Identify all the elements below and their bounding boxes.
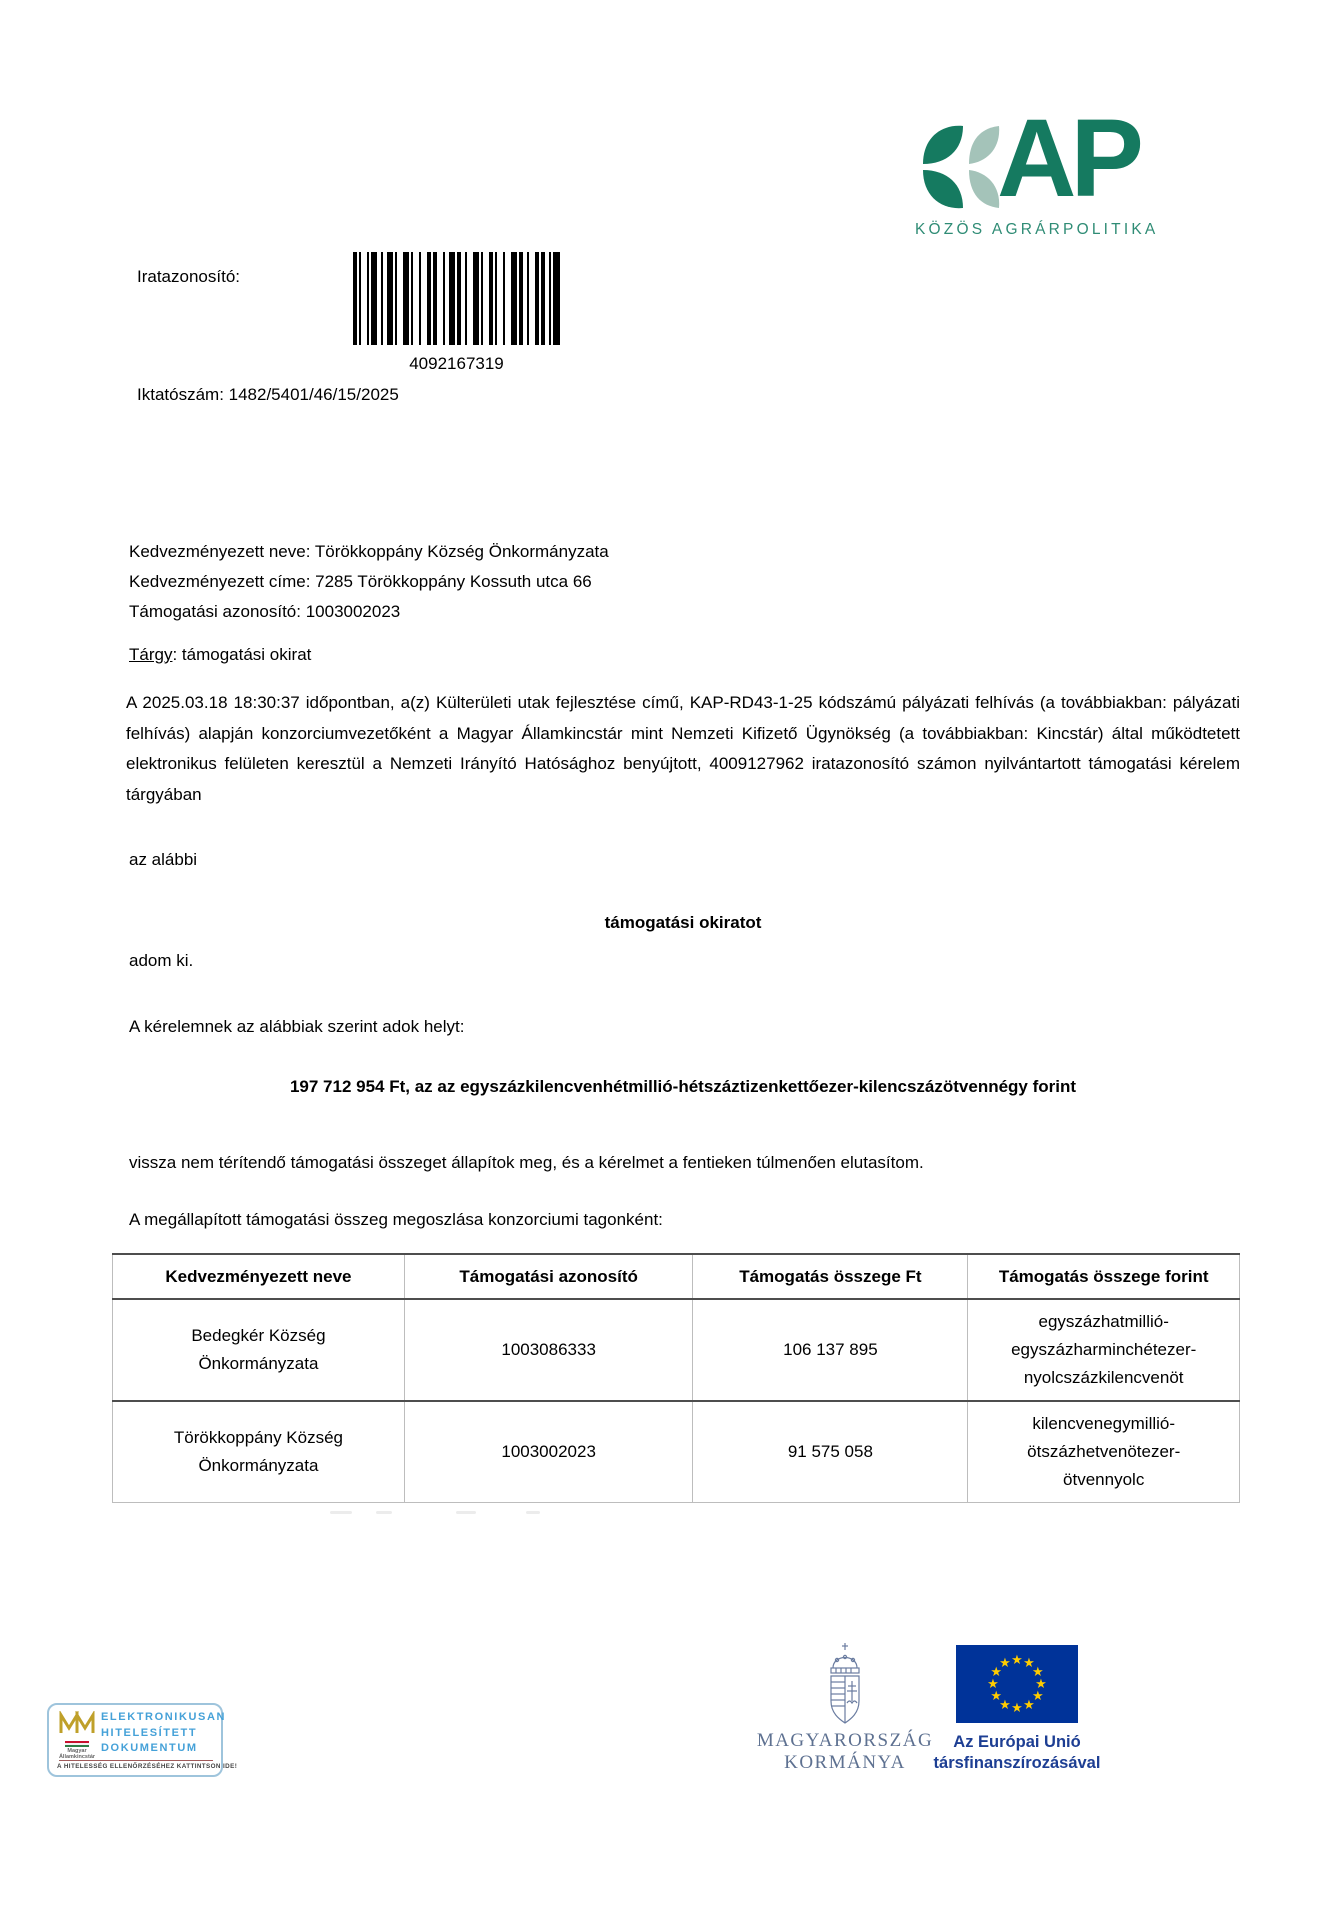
- gov-line2: KORMÁNYA: [745, 1752, 945, 1774]
- gov-line1: MAGYARORSZÁG: [745, 1730, 945, 1752]
- okiratot-title: támogatási okiratot: [126, 908, 1240, 938]
- faint-marks: [320, 1511, 640, 1515]
- amount-line: 197 712 954 Ft, az az egyszázkilencvenhé…: [126, 1072, 1240, 1102]
- table-row: Bedegkér Község Önkormányzata 1003086333…: [113, 1299, 1240, 1401]
- svg-text:★: ★: [1011, 1701, 1023, 1716]
- az-alabbi-line: az alábbi: [129, 845, 197, 875]
- ebadge-line3: DOKUMENTUM: [101, 1741, 226, 1757]
- cell-amount-ft: 106 137 895: [693, 1299, 968, 1401]
- kap-logo: AP KÖZÖS AGRÁRPOLITIKA: [915, 120, 1147, 239]
- hungarian-flag-icon: [65, 1741, 89, 1747]
- eu-cofinancing-block: ★★★ ★★★ ★★★ ★★★ Az Európai Unió társfina…: [928, 1645, 1106, 1774]
- ebadge-line1: ELEKTRONIKUSAN: [101, 1710, 226, 1726]
- eu-line1: Az Európai Unió: [928, 1732, 1106, 1753]
- subject-label: Tárgy: [129, 645, 172, 664]
- svg-text:★: ★: [1023, 1698, 1035, 1713]
- header-amount-ft: Támogatás összege Ft: [693, 1254, 968, 1299]
- consortium-table: Kedvezményezett neve Támogatási azonosít…: [112, 1253, 1240, 1503]
- eu-line2: társfinanszírozásával: [928, 1753, 1106, 1774]
- cell-amount-words: egyszázhatmillió-egyszázharminchétezer-n…: [968, 1299, 1240, 1401]
- cell-support-id: 1003002023: [404, 1401, 693, 1503]
- eu-flag-icon: ★★★ ★★★ ★★★ ★★★: [956, 1645, 1078, 1723]
- ebadge-divider: [59, 1760, 213, 1761]
- treasury-logo: Magyar Államkincstár: [57, 1710, 97, 1760]
- barcode: [353, 252, 560, 345]
- header-support-id: Támogatási azonosító: [404, 1254, 693, 1299]
- table-row: Törökkoppány Község Önkormányzata 100300…: [113, 1401, 1240, 1503]
- kap-acronym: AP: [997, 104, 1138, 214]
- vissza-line: vissza nem térítendő támogatási összeget…: [129, 1148, 1243, 1178]
- kap-subtitle: KÖZÖS AGRÁRPOLITIKA: [915, 221, 1147, 239]
- svg-text:★: ★: [1011, 1653, 1023, 1668]
- doc-id-label: Iratazonosító:: [137, 262, 240, 292]
- government-logo-block: MAGYARORSZÁG KORMÁNYA: [745, 1641, 945, 1774]
- svg-text:★: ★: [999, 1656, 1011, 1671]
- cell-support-id: 1003086333: [404, 1299, 693, 1401]
- megoszlas-line: A megállapított támogatási összeg megosz…: [129, 1205, 1243, 1235]
- header-amount-words: Támogatás összege forint: [968, 1254, 1240, 1299]
- treasury-name-line2: Államkincstár: [57, 1754, 97, 1760]
- electronic-certification-badge[interactable]: Magyar Államkincstár ELEKTRONIKUSAN HITE…: [47, 1703, 223, 1777]
- recipient-support-id: Támogatási azonosító: 1003002023: [129, 597, 609, 627]
- kerelemnek-line: A kérelemnek az alábbiak szerint adok he…: [129, 1012, 464, 1042]
- treasury-crown-icon: [57, 1711, 97, 1735]
- barcode-value: 4092167319: [353, 349, 560, 379]
- ebadge-verify-link[interactable]: A HITELESSÉG ELLENŐRZÉSÉHEZ KATTINTSON I…: [57, 1763, 215, 1770]
- subject-value: : támogatási okirat: [172, 645, 311, 664]
- hungarian-coat-of-arms-icon: [816, 1641, 874, 1727]
- cell-beneficiary-name: Bedegkér Község Önkormányzata: [113, 1299, 405, 1401]
- adom-ki-line: adom ki.: [129, 946, 193, 976]
- cell-beneficiary-name: Törökkoppány Község Önkormányzata: [113, 1401, 405, 1503]
- recipient-name: Kedvezményezett neve: Törökkoppány Közsé…: [129, 537, 609, 567]
- kap-leaves-icon: [917, 122, 1001, 212]
- main-paragraph: A 2025.03.18 18:30:37 időpontban, a(z) K…: [126, 688, 1240, 810]
- cell-amount-ft: 91 575 058: [693, 1401, 968, 1503]
- subject-line: Tárgy: támogatási okirat: [129, 640, 311, 670]
- ebadge-title: ELEKTRONIKUSAN HITELESÍTETT DOKUMENTUM: [97, 1710, 226, 1757]
- table-header-row: Kedvezményezett neve Támogatási azonosít…: [113, 1254, 1240, 1299]
- kap-leaf-mark: AP: [915, 120, 1147, 212]
- document-page: AP KÖZÖS AGRÁRPOLITIKA Iratazonosító: 40…: [0, 0, 1344, 1920]
- recipient-address: Kedvezményezett címe: 7285 Törökkoppány …: [129, 567, 609, 597]
- cell-amount-words: kilencvenegymillió-ötszázhetvenötezer-öt…: [968, 1401, 1240, 1503]
- header-beneficiary-name: Kedvezményezett neve: [113, 1254, 405, 1299]
- recipient-block: Kedvezményezett neve: Törökkoppány Közsé…: [129, 537, 609, 627]
- ebadge-line2: HITELESÍTETT: [101, 1726, 226, 1742]
- filing-number: Iktatószám: 1482/5401/46/15/2025: [137, 380, 399, 410]
